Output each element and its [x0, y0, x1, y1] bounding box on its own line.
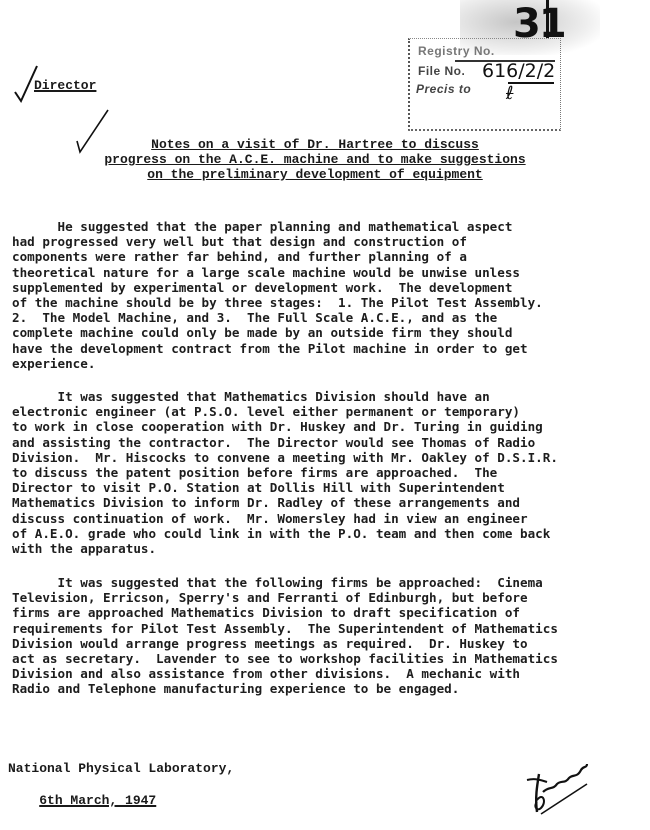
paragraph-development-stages: He suggested that the paper planning and… — [12, 219, 602, 371]
precis-initial: ℓ — [506, 84, 513, 104]
paragraph-firms-approached: It was suggested that the following firm… — [12, 575, 602, 697]
document-footer: National Physical Laboratory, 6th March,… — [8, 729, 234, 825]
title-line: Notes on a visit of Dr. Hartree to discu… — [80, 137, 550, 152]
title-line: on the preliminary development of equipm… — [80, 167, 550, 182]
title-line: progress on the A.C.E. machine and to ma… — [80, 152, 550, 167]
file-number-underline — [508, 82, 554, 84]
precis-label: Precis to — [416, 82, 471, 96]
addressee: Director — [34, 78, 96, 94]
document-page: Registry No. File No. Precis to 31 616/2… — [0, 0, 650, 830]
registry-label: Registry No. — [418, 44, 495, 58]
file-label: File No. — [418, 64, 465, 78]
document-date: 6th March, 1947 — [39, 793, 156, 808]
paragraph-staffing-arrangements: It was suggested that Mathematics Divisi… — [12, 389, 602, 556]
folio-mark — [546, 0, 549, 38]
organization: National Physical Laboratory, — [8, 761, 234, 777]
folio-number: 31 — [513, 2, 565, 46]
file-number: 616/2/2 — [482, 60, 555, 82]
document-title: Notes on a visit of Dr. Hartree to discu… — [80, 137, 550, 182]
signature-icon — [525, 762, 595, 817]
